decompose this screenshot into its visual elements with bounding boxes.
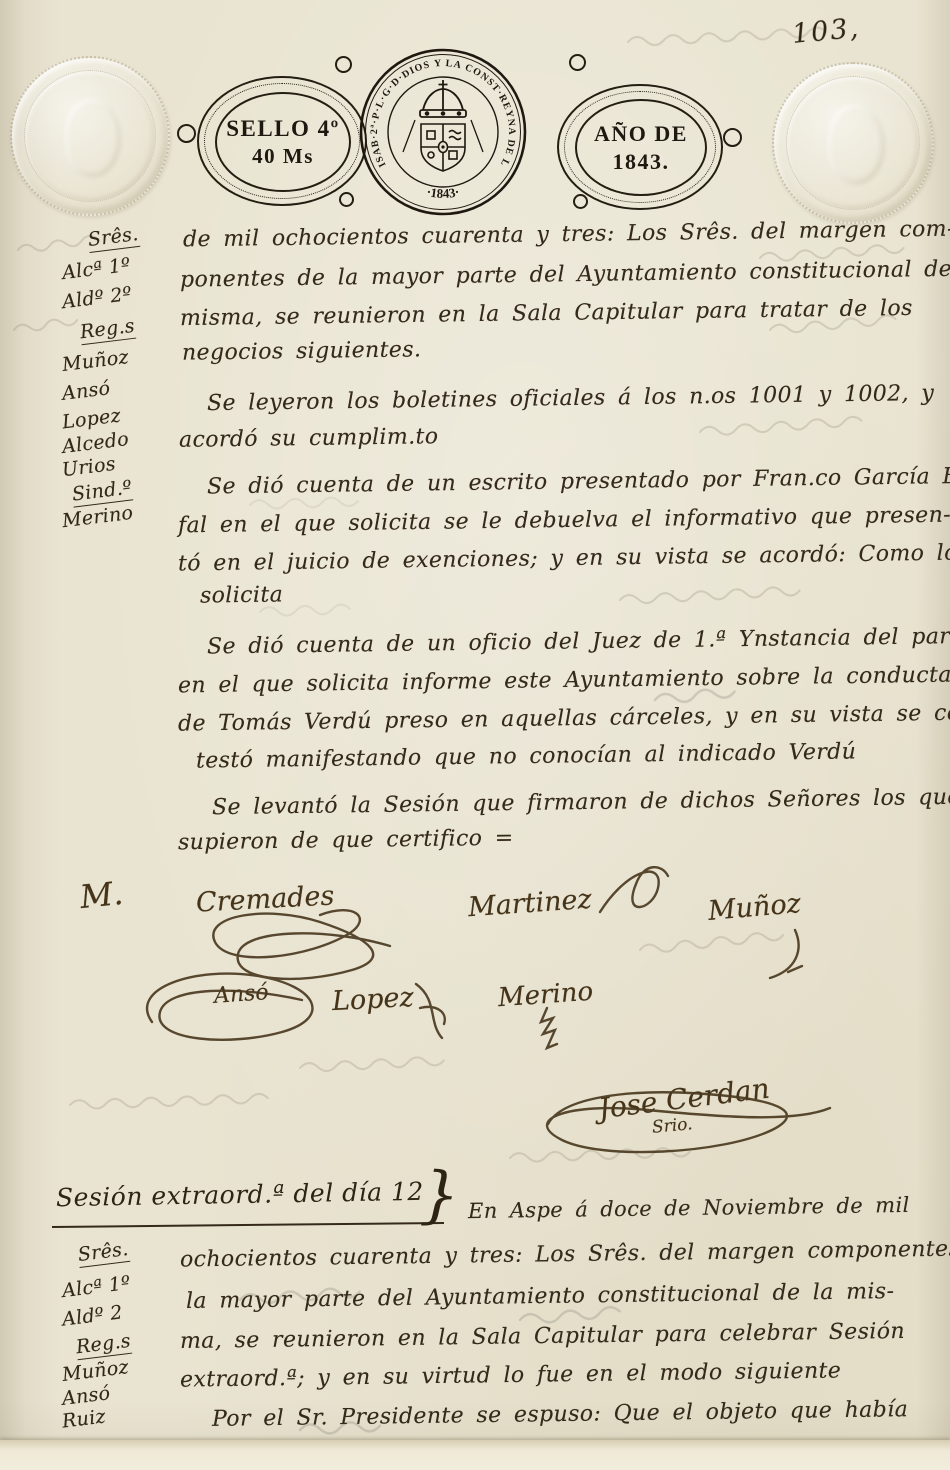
signature-cremades: Cremades: [195, 880, 335, 918]
stamp-ring-text: ISAB·2ª·P·L·G·D·DIOS Y LA CONST·REYNA DE…: [357, 46, 517, 169]
embossed-seal-right: [772, 62, 934, 224]
svg-text:·1843·: ·1843·: [425, 184, 461, 201]
body-line: solicita: [200, 582, 283, 608]
stamp-year-line2: 1843.: [613, 148, 670, 176]
signature-merino: Merino: [497, 977, 594, 1014]
margin-item: Aldº 2: [61, 1301, 124, 1330]
body-line: negocios siguientes.: [182, 337, 422, 365]
embossed-arms-relief: [828, 105, 885, 184]
margin-item: Srês.: [87, 223, 140, 253]
body-line: Se leyeron los boletines oficiales á los…: [207, 381, 934, 416]
body-line: Se dió cuenta de un oficio del Juez de 1…: [207, 624, 950, 660]
body-line: ochocientos cuarenta y tres: Los Srês. d…: [180, 1237, 950, 1273]
stamp-denomination-line2: 40 Ms: [252, 143, 314, 169]
body-line: ma, se reunieron en la Sala Capitular pa…: [180, 1319, 905, 1354]
body-line: En Aspe á doce de Noviembre de mil: [468, 1193, 910, 1223]
heading-underline: [52, 1222, 444, 1228]
margin-item: Muñoz: [61, 346, 130, 376]
body-line: testó manifestando que no conocían al in…: [196, 739, 857, 773]
margin-item: Srês.: [77, 1238, 130, 1268]
revenue-stamp: SELLO 4º 40 Ms AÑO DE 1843. I: [185, 46, 733, 222]
margin-item: Ruiz: [61, 1405, 107, 1432]
stamp-ornament-ring: [177, 124, 196, 143]
royal-crown-icon: [420, 80, 466, 117]
signature-anso: Ansó: [213, 980, 269, 1009]
signature-initial: M.: [78, 874, 125, 916]
manuscript-page: 103, SELLO 4º 40 Ms AÑO DE 1843.: [0, 0, 950, 1470]
body-line: Se dió cuenta de un escrito presentado p…: [207, 464, 950, 500]
body-line: de Tomás Verdú preso en aquellas cárcele…: [178, 700, 950, 736]
heading-brace: }: [419, 1157, 461, 1231]
stamp-ring-year: ·1843·: [425, 184, 461, 201]
embossed-profile-relief: [65, 99, 121, 177]
body-line: supieron de que certifico =: [178, 826, 514, 856]
stamp-ornament-ring: [335, 56, 352, 73]
body-line: acordó su cumplim.to: [179, 424, 439, 453]
margin-item: Alcª 1º: [61, 1272, 132, 1302]
body-line: la mayor parte del Ayuntamiento constitu…: [186, 1279, 895, 1314]
stamp-left-oval: SELLO 4º 40 Ms: [215, 92, 351, 192]
stamp-center-seal: ISAB·2ª·P·L·G·D·DIOS Y LA CONST·REYNA DE…: [357, 46, 529, 218]
stamp-year-line1: AÑO DE: [594, 120, 688, 148]
stamp-ornament-ring: [573, 194, 588, 209]
body-line: tó en el juicio de exenciones; y en su v…: [178, 541, 950, 577]
margin-item: Muñoz: [61, 1356, 130, 1386]
body-line: Se levantó la Sesión que firmaron de dic…: [212, 785, 950, 820]
stamp-denomination-line1: SELLO 4º: [226, 115, 340, 144]
stamp-ornament-ring: [569, 54, 586, 71]
embossed-seal-left: [10, 56, 170, 216]
session-heading: Sesión extraord.ª del día 12: [56, 1177, 424, 1212]
signature-martinez: Martinez: [467, 884, 593, 924]
margin-item: Ansó: [61, 377, 112, 405]
folio-number: 103,: [791, 13, 862, 51]
body-line: fal en el que solicita se le debuelva el…: [178, 503, 950, 539]
stamp-right-oval: AÑO DE 1843.: [575, 99, 707, 196]
body-line: misma, se reunieron en la Sala Capitular…: [180, 296, 913, 331]
signature-lopez: Lopez: [331, 982, 414, 1017]
margin-item: Merino: [61, 502, 134, 533]
page-bottom-edge: [0, 1440, 950, 1470]
stamp-ornament-ring: [723, 128, 742, 147]
body-line: Por el Sr. Presidente se espuso: Que el …: [212, 1397, 908, 1432]
royal-shield-icon: [403, 120, 483, 171]
signature-munoz: Muñoz: [707, 888, 802, 927]
signature-secretary-title: Srio.: [651, 1114, 693, 1137]
svg-text:ISAB·2ª·P·L·G·D·DIOS Y LA CONS: ISAB·2ª·P·L·G·D·DIOS Y LA CONST·REYNA DE…: [357, 46, 517, 169]
body-line: ponentes de la mayor parte del Ayuntamie…: [180, 256, 950, 292]
margin-item: Reg.s: [79, 315, 137, 346]
margin-item: Alcª 1º: [61, 254, 132, 284]
margin-item: Aldº 2º: [61, 283, 133, 313]
body-line: extraord.ª; y en su virtud lo fue en el …: [180, 1358, 842, 1392]
body-line: en el que solicita informe este Ayuntami…: [178, 663, 950, 699]
stamp-ornament-ring: [339, 192, 354, 207]
